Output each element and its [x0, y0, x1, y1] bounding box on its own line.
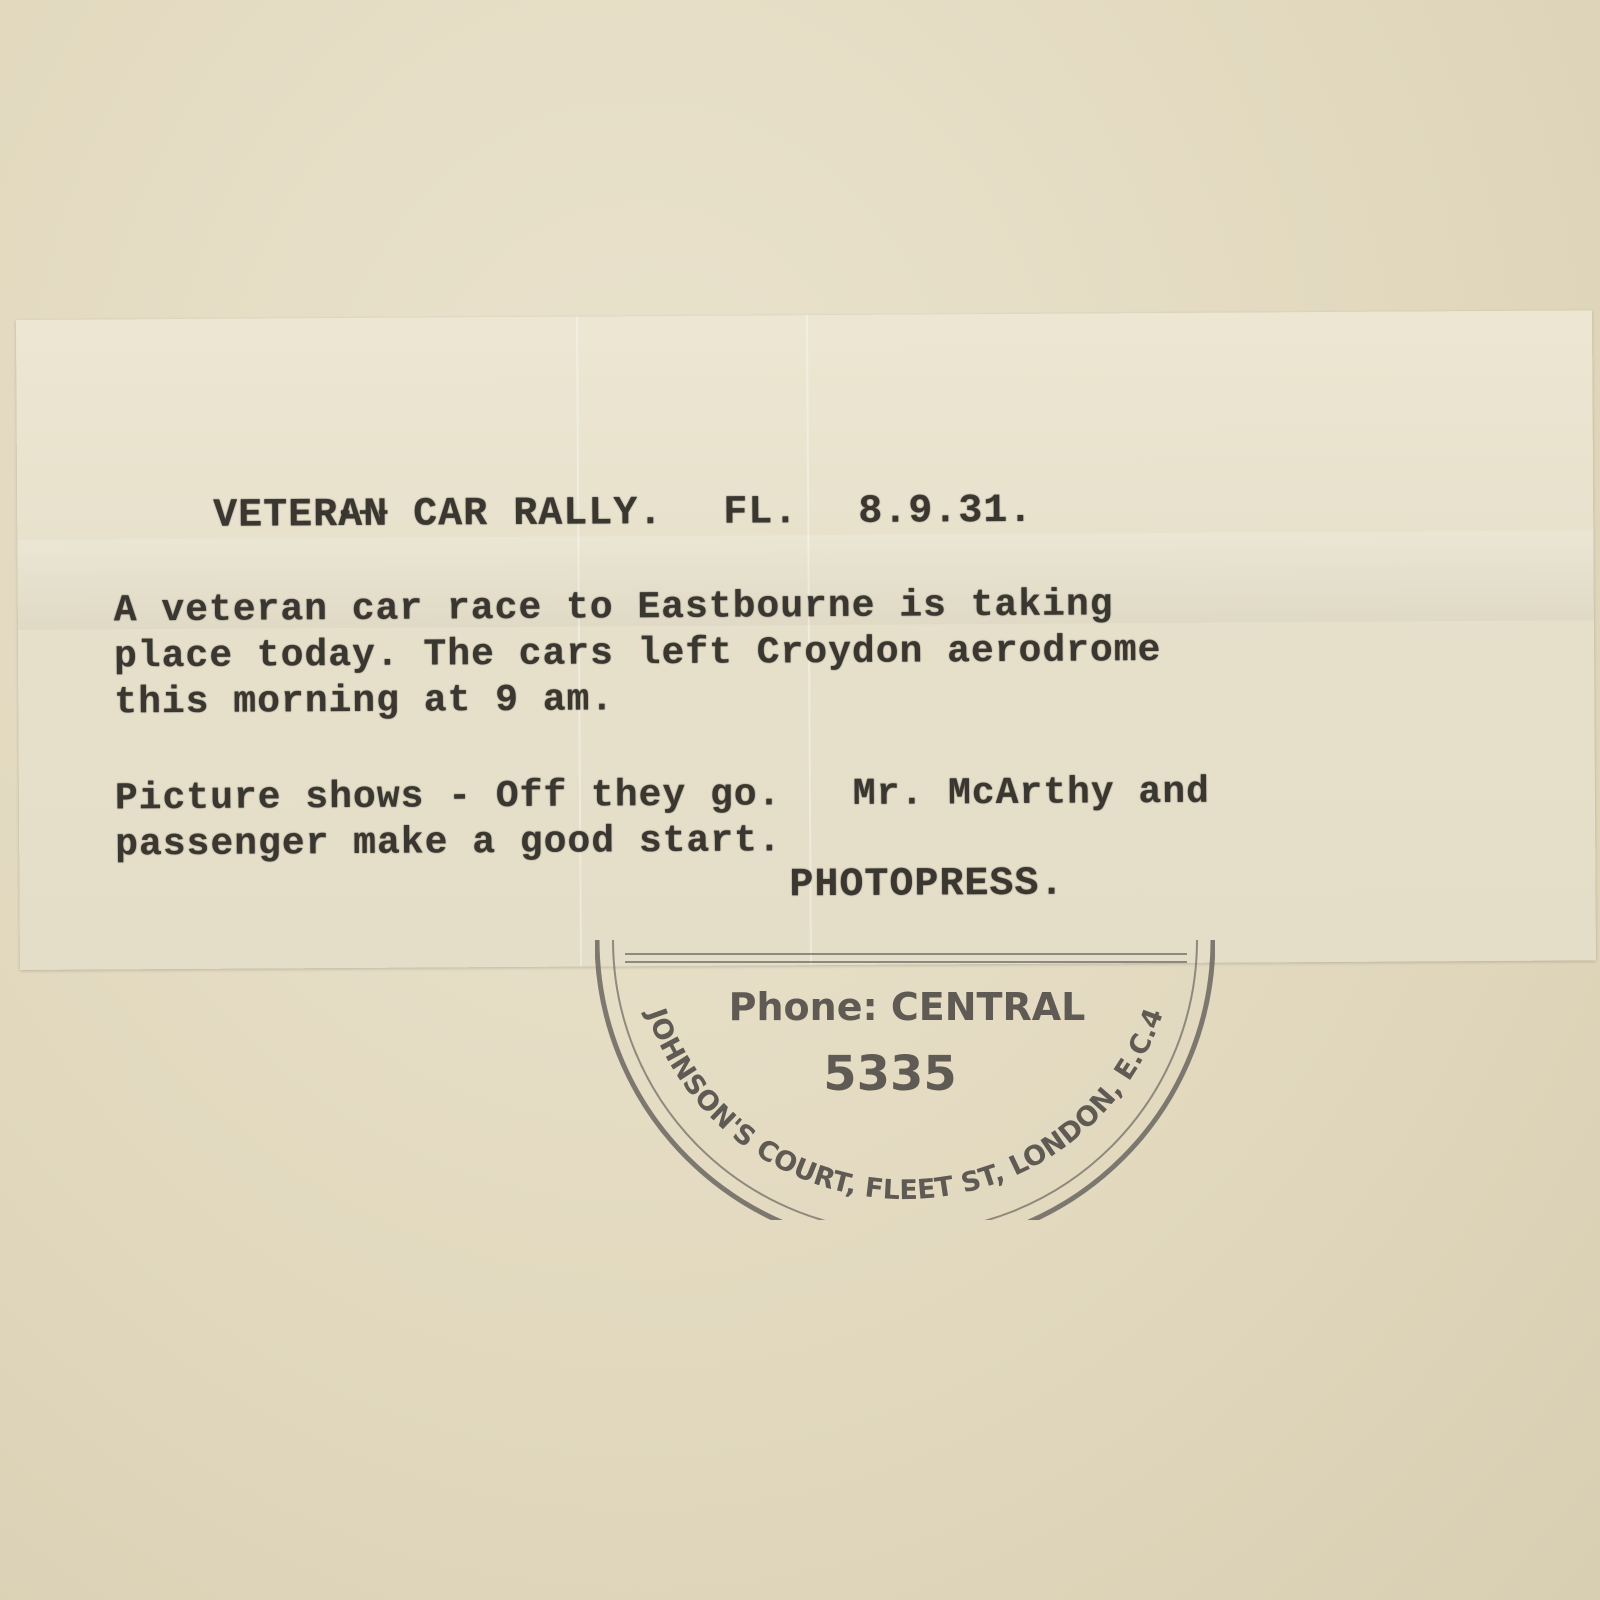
agency-code: FL.	[723, 490, 798, 535]
caption-slip: VETERAN CAR RALLY.FL.8.9.31. ---- A vete…	[16, 310, 1596, 970]
svg-text:5335: 5335	[823, 1046, 957, 1102]
svg-text:Phone: CENTRAL: Phone: CENTRAL	[729, 985, 1086, 1029]
agency-signature: PHOTOPRESS.	[789, 862, 1064, 909]
headline-underline: ----	[317, 496, 393, 530]
paragraph1-line: A veteran car race to Eastbourne is taki…	[114, 583, 1114, 632]
caption-header: VETERAN CAR RALLY.FL.8.9.31.	[113, 443, 1094, 584]
headline: VETERAN CAR RALLY.	[213, 491, 663, 539]
paragraph1-line: place today. The cars left Croydon aerod…	[114, 629, 1162, 678]
paragraph2-line: Picture shows - Off they go. Mr. McArthy…	[115, 771, 1210, 821]
svg-text:JOHNSON'S COURT, FLEET ST, LON: JOHNSON'S COURT, FLEET ST, LONDON, E.C.4	[639, 1003, 1169, 1206]
stamp-graphic: Phone: CENTRAL 5335 JOHNSON'S COURT, FLE…	[595, 940, 1215, 1220]
caption-date: 8.9.31.	[858, 489, 1033, 535]
paragraph1-line: this morning at 9 am.	[114, 678, 614, 724]
paragraph2-line: passenger make a good start.	[115, 819, 782, 866]
ink-stamp: Phone: CENTRAL 5335 JOHNSON'S COURT, FLE…	[595, 940, 1215, 1220]
